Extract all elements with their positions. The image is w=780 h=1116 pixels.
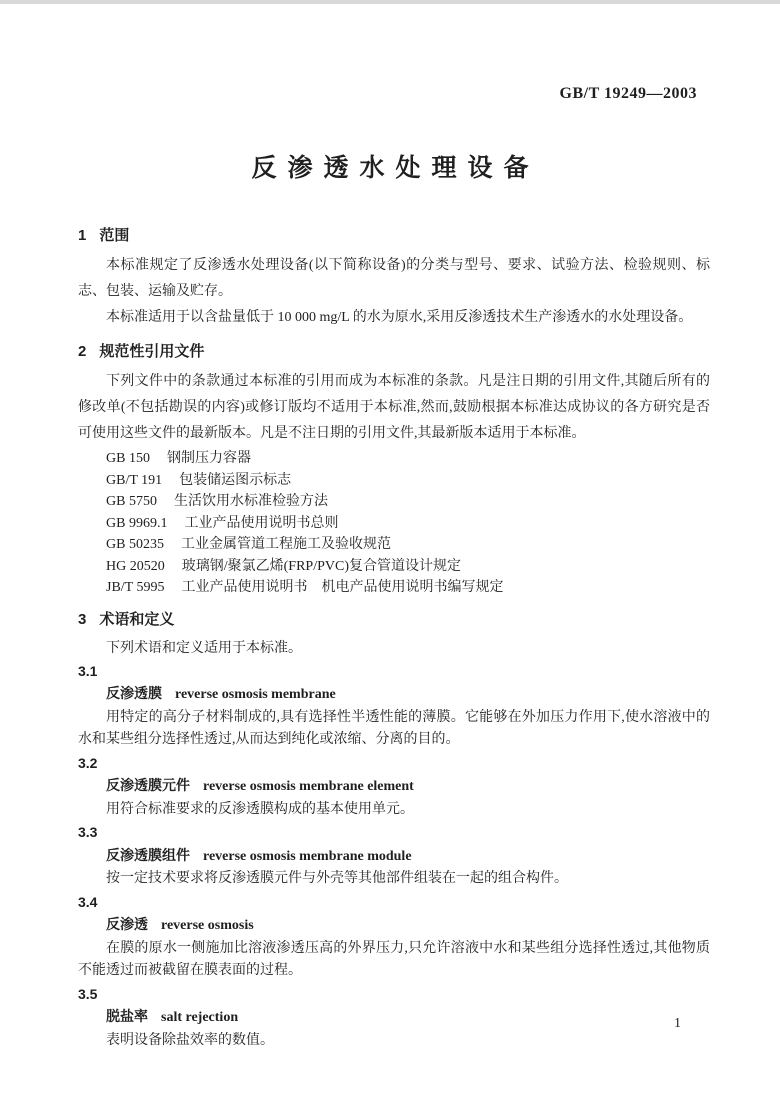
- reference-code: GB 150: [106, 451, 150, 466]
- term-block: 3.4 反渗透reverse osmosis 在膜的原水一侧施加比溶液渗透压高的…: [78, 891, 710, 983]
- reference-code: HG 20520: [106, 559, 165, 574]
- reference-item: JB/T 5995工业产品使用说明书 机电产品使用说明书编写规定: [78, 577, 710, 599]
- clause-number: 3.1: [78, 660, 710, 683]
- reference-item: GB/T 191包装储运图示标志: [78, 470, 710, 492]
- reference-title: 生活饮用水标准检验方法: [174, 494, 328, 509]
- paragraph: 下列文件中的条款通过本标准的引用而成为本标准的条款。凡是注日期的引用文件,其随后…: [78, 369, 710, 447]
- term-zh: 反渗透: [106, 916, 148, 932]
- section-heading: 2规范性引用文件: [78, 340, 710, 364]
- term-heading: 反渗透膜reverse osmosis membrane: [78, 682, 710, 707]
- term-block: 3.1 反渗透膜reverse osmosis membrane 用特定的高分子…: [78, 660, 710, 752]
- clause-number: 3.4: [78, 891, 710, 914]
- standard-code: GB/T 19249—2003: [560, 85, 697, 103]
- paragraph: 本标准规定了反渗透水处理设备(以下简称设备)的分类与型号、要求、试验方法、检验规…: [78, 253, 710, 305]
- term-block: 3.3 反渗透膜组件reverse osmosis membrane modul…: [78, 821, 710, 891]
- term-block: 3.2 反渗透膜元件reverse osmosis membrane eleme…: [78, 752, 710, 822]
- reference-item: GB 9969.1工业产品使用说明书总则: [78, 513, 710, 535]
- reference-code: GB 50235: [106, 537, 164, 552]
- reference-title: 包装储运图示标志: [179, 473, 291, 488]
- term-heading: 反渗透膜元件reverse osmosis membrane element: [78, 774, 710, 799]
- reference-item: GB 50235工业金属管道工程施工及验收规范: [78, 534, 710, 556]
- term-zh: 反渗透膜组件: [106, 847, 190, 863]
- reference-item: HG 20520玻璃钢/聚氯乙烯(FRP/PVC)复合管道设计规定: [78, 556, 710, 578]
- reference-title: 工业产品使用说明书总则: [184, 516, 338, 531]
- term-heading: 脱盐率salt rejection: [78, 1005, 710, 1030]
- clause-number: 3.3: [78, 821, 710, 844]
- term-en: reverse osmosis membrane module: [203, 849, 412, 864]
- section-title: 范围: [99, 227, 129, 244]
- reference-item: GB 150钢制压力容器: [78, 448, 710, 470]
- section-number: 1: [78, 227, 86, 244]
- section-terms-definitions: 3术语和定义 下列术语和定义适用于本标准。 3.1 反渗透膜reverse os…: [78, 608, 710, 1053]
- reference-code: GB 9969.1: [106, 516, 167, 531]
- term-definition: 按一定技术要求将反渗透膜元件与外壳等其他部件组装在一起的组合构件。: [78, 868, 710, 891]
- section-scope: 1范围 本标准规定了反渗透水处理设备(以下简称设备)的分类与型号、要求、试验方法…: [78, 224, 710, 331]
- section-title: 规范性引用文件: [99, 343, 204, 360]
- section-heading: 1范围: [78, 224, 710, 248]
- reference-title: 工业金属管道工程施工及验收规范: [181, 537, 391, 552]
- reference-title: 玻璃钢/聚氯乙烯(FRP/PVC)复合管道设计规定: [182, 559, 461, 574]
- paragraph: 本标准适用于以含盐量低于 10 000 mg/L 的水为原水,采用反渗透技术生产…: [78, 305, 710, 331]
- reference-item: GB 5750生活饮用水标准检验方法: [78, 491, 710, 513]
- reference-code: JB/T 5995: [106, 580, 164, 595]
- term-definition: 表明设备除盐效率的数值。: [78, 1030, 710, 1053]
- term-heading: 反渗透reverse osmosis: [78, 913, 710, 938]
- reference-code: GB/T 191: [106, 473, 162, 488]
- term-definition: 用符合标准要求的反渗透膜构成的基本使用单元。: [78, 799, 710, 822]
- reference-title: 钢制压力容器: [167, 451, 251, 466]
- section-number: 2: [78, 343, 86, 360]
- document-title: 反渗透水处理设备: [0, 148, 780, 184]
- section-number: 3: [78, 611, 86, 628]
- document-body: 1范围 本标准规定了反渗透水处理设备(以下简称设备)的分类与型号、要求、试验方法…: [78, 224, 710, 1052]
- clause-number: 3.2: [78, 752, 710, 775]
- reference-title: 工业产品使用说明书 机电产品使用说明书编写规定: [181, 580, 503, 595]
- term-en: reverse osmosis membrane element: [203, 779, 414, 794]
- scan-edge: [0, 0, 780, 4]
- clause-number: 3.5: [78, 983, 710, 1006]
- term-zh: 反渗透膜元件: [106, 777, 190, 793]
- term-definition: 用特定的高分子材料制成的,具有选择性半透性能的薄膜。它能够在外加压力作用下,使水…: [78, 707, 710, 752]
- term-zh: 反渗透膜: [106, 685, 162, 701]
- reference-code: GB 5750: [106, 494, 157, 509]
- paragraph: 下列术语和定义适用于本标准。: [78, 637, 710, 660]
- document-page: GB/T 19249—2003 反渗透水处理设备 1范围 本标准规定了反渗透水处…: [0, 0, 780, 1116]
- reference-list: GB 150钢制压力容器 GB/T 191包装储运图示标志 GB 5750生活饮…: [78, 448, 710, 599]
- section-heading: 3术语和定义: [78, 608, 710, 632]
- term-en: salt rejection: [161, 1010, 238, 1025]
- term-en: reverse osmosis membrane: [175, 687, 336, 702]
- term-definition: 在膜的原水一侧施加比溶液渗透压高的外界压力,只允许溶液中水和某些组分选择性透过,…: [78, 938, 710, 983]
- term-zh: 脱盐率: [106, 1008, 148, 1024]
- term-block: 3.5 脱盐率salt rejection 表明设备除盐效率的数值。: [78, 983, 710, 1053]
- term-en: reverse osmosis: [161, 918, 254, 933]
- term-heading: 反渗透膜组件reverse osmosis membrane module: [78, 844, 710, 869]
- page-number: 1: [674, 1016, 681, 1032]
- section-title: 术语和定义: [99, 611, 174, 628]
- section-normative-references: 2规范性引用文件 下列文件中的条款通过本标准的引用而成为本标准的条款。凡是注日期…: [78, 340, 710, 599]
